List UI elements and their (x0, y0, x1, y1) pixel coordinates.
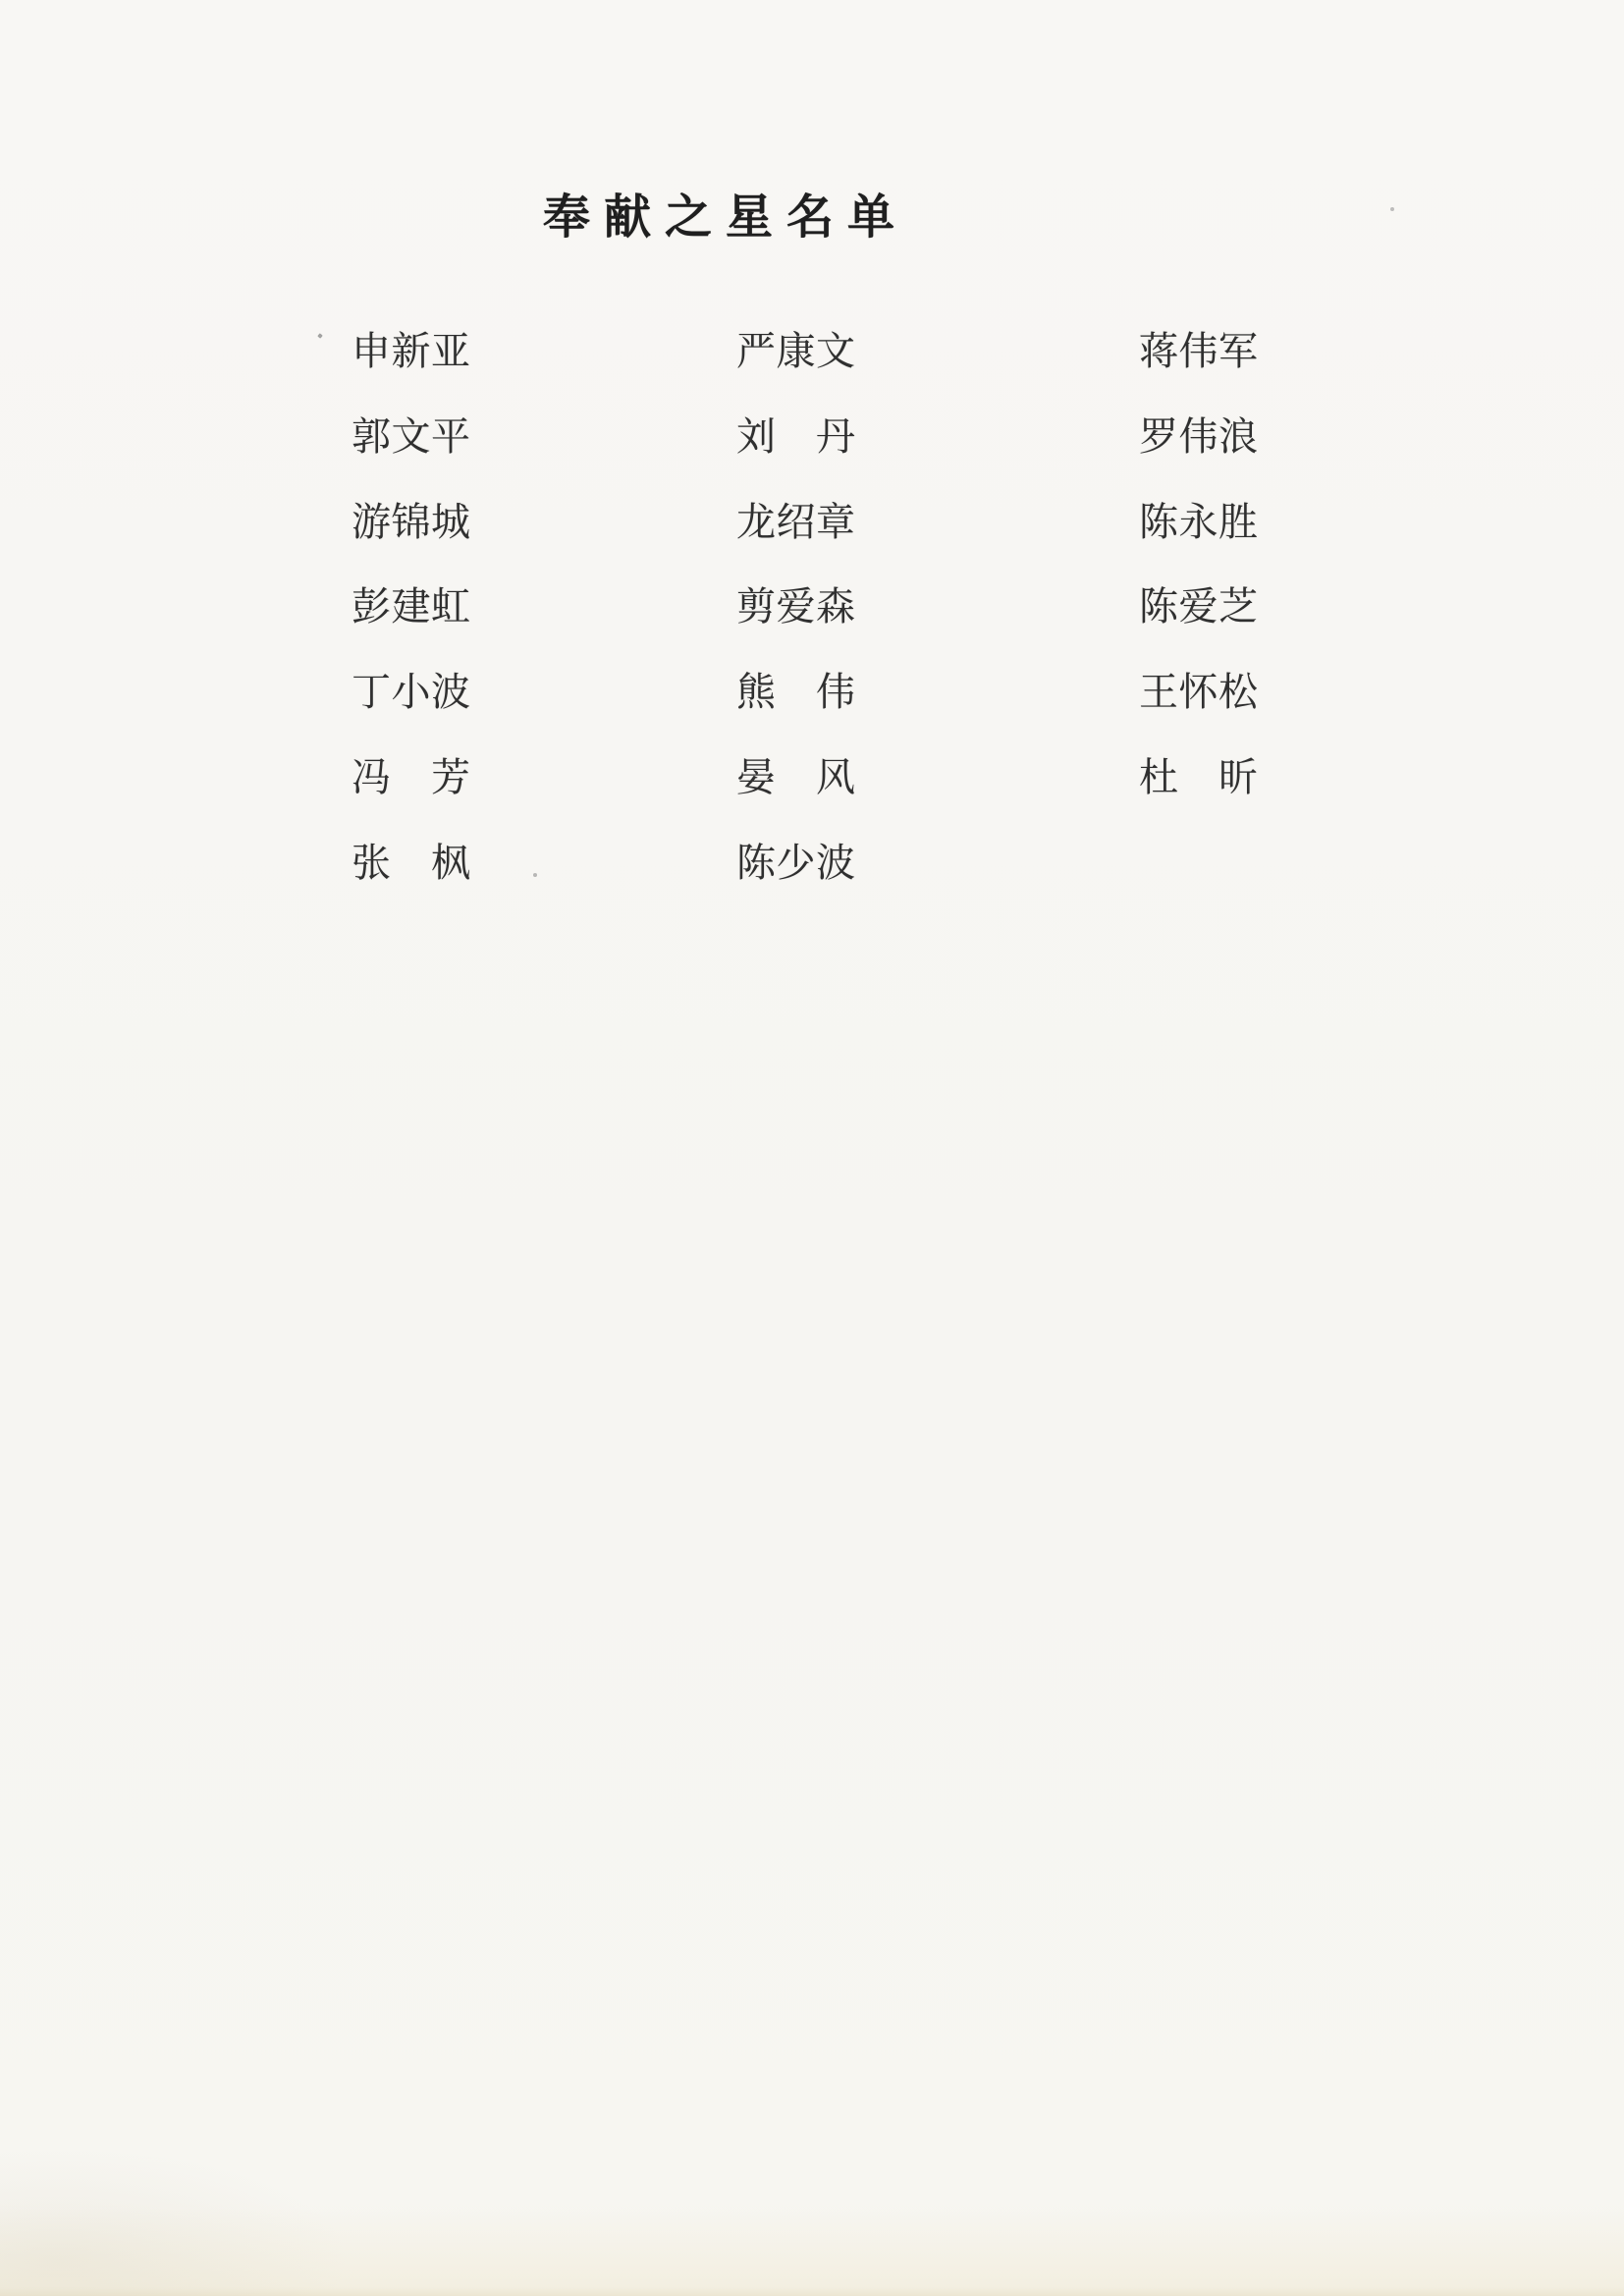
scan-speck (533, 873, 537, 877)
name-entry: 蒋伟军 (1139, 331, 1259, 416)
name-entry: 张 枫 (352, 843, 471, 928)
name-column-1: 申新亚 郭文平 游锦城 彭建虹 丁小波 冯 芳 张 枫 (352, 331, 471, 928)
name-entry: 郭文平 (352, 416, 471, 502)
name-entry: 龙绍章 (736, 502, 856, 587)
name-entry: 剪爱森 (736, 586, 856, 672)
page-title: 奉 献 之 星 名 单 (543, 192, 895, 244)
name-entry: 刘 丹 (736, 416, 856, 502)
name-entry: 熊 伟 (736, 672, 856, 757)
name-entry: 陈爱芝 (1139, 586, 1259, 672)
name-entry: 游锦城 (352, 502, 471, 587)
name-entry: 王怀松 (1139, 672, 1259, 757)
name-column-3: 蒋伟军 罗伟浪 陈永胜 陈爱芝 王怀松 杜 昕 (1139, 331, 1259, 843)
name-entry: 冯 芳 (352, 757, 471, 843)
name-entry: 陈少波 (736, 843, 856, 928)
name-entry: 杜 昕 (1139, 757, 1259, 843)
name-entry: 丁小波 (352, 672, 471, 757)
name-entry: 晏 风 (736, 757, 856, 843)
name-entry: 严康文 (736, 331, 856, 416)
name-entry: 罗伟浪 (1139, 416, 1259, 502)
name-entry: 彭建虹 (352, 586, 471, 672)
name-entry: 陈永胜 (1139, 502, 1259, 587)
name-entry: 申新亚 (352, 331, 471, 416)
scanned-page: { "document": { "title": "奉 献 之 星 名 单", … (0, 0, 1624, 2296)
scan-speck (1390, 207, 1394, 211)
name-column-2: 严康文 刘 丹 龙绍章 剪爱森 熊 伟 晏 风 陈少波 (736, 331, 856, 928)
